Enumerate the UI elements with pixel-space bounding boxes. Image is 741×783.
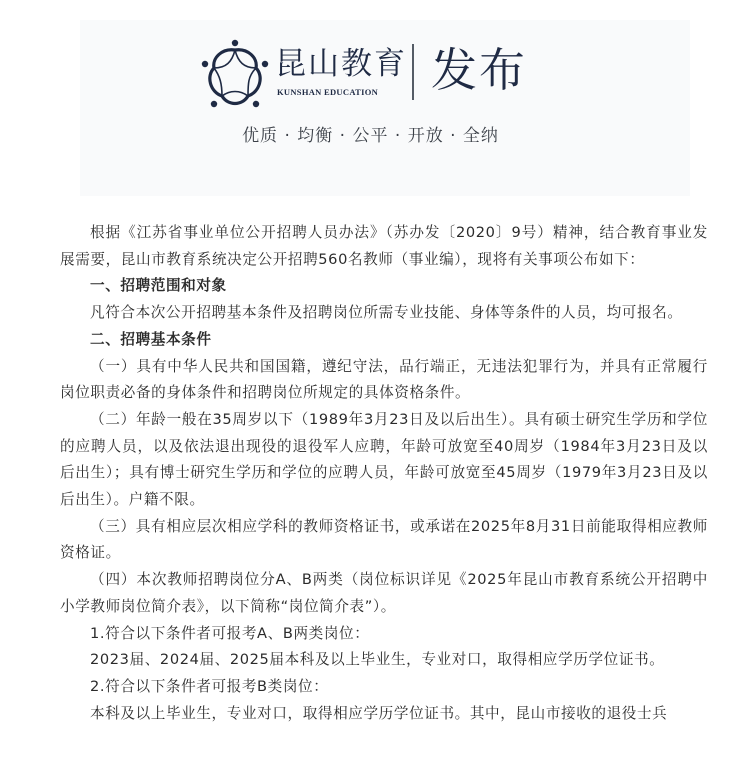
banner-divider bbox=[412, 44, 414, 100]
intro-paragraph: 根据《江苏省事业单位公开招聘人员办法》（苏办发〔2020〕9号）精神，结合教育事… bbox=[60, 220, 708, 273]
section-heading-conditions: 二、招聘基本条件 bbox=[60, 327, 708, 354]
document-body: 根据《江苏省事业单位公开招聘人员办法》（苏办发〔2020〕9号）精神，结合教育事… bbox=[60, 220, 708, 727]
kunshan-education-logo-icon bbox=[198, 38, 272, 112]
banner-slogan: 优质 · 均衡 · 公平 · 开放 · 全纳 bbox=[0, 121, 741, 146]
sub-item: 1.符合以下条件者可报考A、B两类岗位： bbox=[60, 621, 708, 648]
logo-chinese-name: 昆山教育 bbox=[275, 44, 407, 84]
condition-paragraph: （四）本次教师招聘岗位分A、B两类（岗位标识详见《2025年昆山市教育系统公开招… bbox=[60, 567, 708, 620]
publish-title: 发布 bbox=[431, 40, 527, 100]
condition-paragraph: （一）具有中华人民共和国国籍，遵纪守法，品行端正，无违法犯罪行为，并具有正常履行… bbox=[60, 354, 708, 407]
sub-item: 本科及以上毕业生，专业对口，取得相应学历学位证书。其中，昆山市接收的退役士兵 bbox=[60, 701, 708, 728]
logo-english-name: KUNSHAN EDUCATION bbox=[277, 87, 378, 97]
condition-paragraph: （二）年龄一般在35周岁以下（1989年3月23日及以后出生）。具有硕士研究生学… bbox=[60, 407, 708, 514]
condition-paragraph: （三）具有相应层次相应学科的教师资格证书，或承诺在2025年8月31日前能取得相… bbox=[60, 514, 708, 567]
sub-item: 2.符合以下条件者可报考B类岗位： bbox=[60, 674, 708, 701]
section-heading-scope: 一、招聘范围和对象 bbox=[60, 273, 708, 300]
sub-item: 2023届、2024届、2025届本科及以上毕业生，专业对口，取得相应学历学位证… bbox=[60, 647, 708, 674]
section-scope-body: 凡符合本次公开招聘基本条件及招聘岗位所需专业技能、身体等条件的人员，均可报名。 bbox=[60, 300, 708, 327]
